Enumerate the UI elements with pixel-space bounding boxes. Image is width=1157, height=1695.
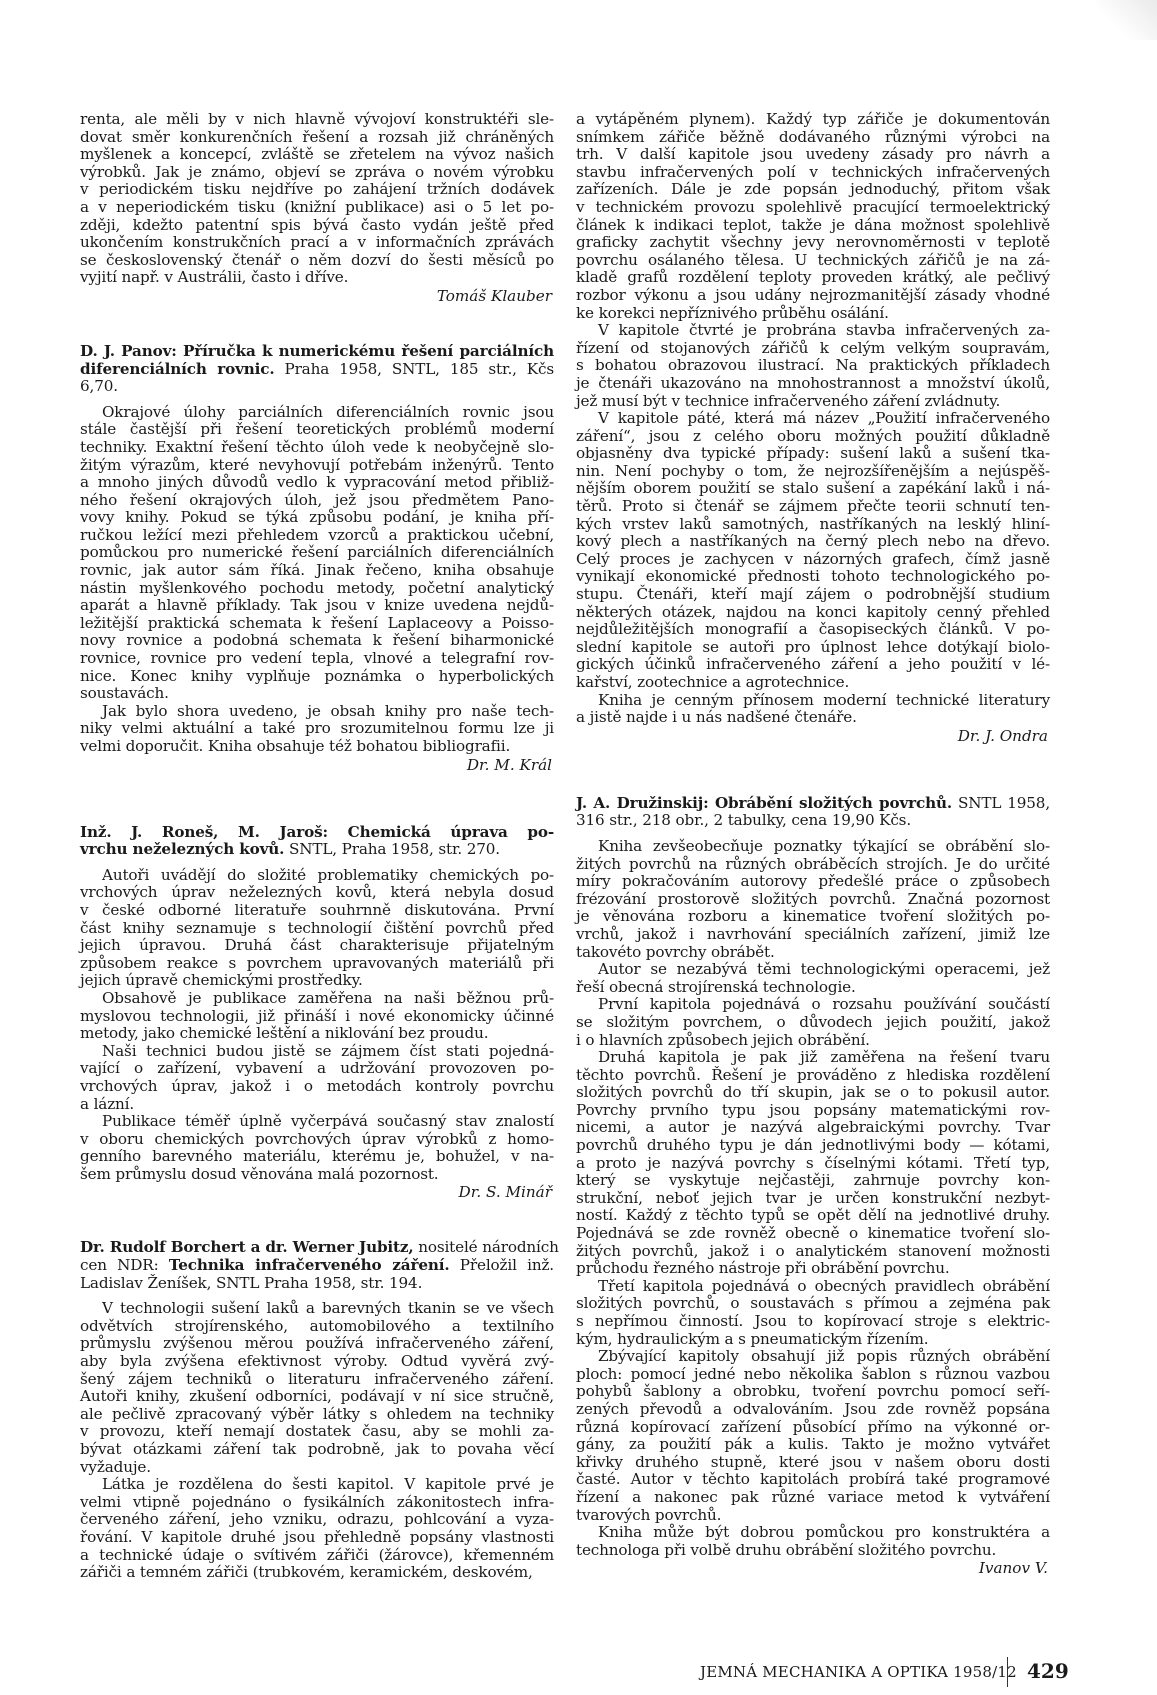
text-line: zených převodů a odvalováním. Jsou zde r… — [576, 1401, 1050, 1419]
spacer — [576, 745, 1050, 795]
left-column: renta, ale měli by v nich hlavně vývojov… — [80, 111, 554, 1582]
heading-bold: D. J. Panov: Příručka k numerickému řeše… — [80, 342, 554, 360]
footer-divider — [1007, 1657, 1008, 1687]
text-line: strukční, neboť jejich tvar je určen kon… — [576, 1190, 1050, 1208]
text-line: křivky druhého stupně, které jsou v naše… — [576, 1454, 1050, 1472]
text-line: vynikají ekonomické přednosti tohoto tec… — [576, 568, 1050, 586]
text-line: nástin myšlenkového pochodu metody, poče… — [80, 580, 554, 598]
page-footer: JEMNÁ MECHANIKA A OPTIKA 1958/12 429 — [700, 1657, 1080, 1689]
text-line: povrchu osálaného tělesa. U technických … — [576, 252, 1050, 270]
text-line: Celý proces je zachycen v názorných graf… — [576, 551, 1050, 569]
text-line: a vytápěném plynem). Každý typ zářiče je… — [576, 111, 1050, 129]
text-line: niky velmi aktuální a také pro srozumite… — [80, 720, 554, 738]
text-line: složitých povrchů, o soustavách s přímou… — [576, 1295, 1050, 1313]
text-line: se československý čtenář o něm dozví do … — [80, 252, 554, 270]
text-line: velmi doporučit. Kniha obsahuje též boha… — [80, 738, 554, 756]
text-line: ručkou ležící mezi přehledem vzorců a pr… — [80, 527, 554, 545]
heading-line: diferenciálních rovnic. Praha 1958, SNTL… — [80, 361, 554, 379]
text-line: V technologii sušení laků a barevných tk… — [80, 1300, 554, 1318]
text-line: Jak bylo shora uvedeno, je obsah knihy p… — [80, 703, 554, 721]
text-line: rovnic, jak autor sám říká. Jinak řečeno… — [80, 562, 554, 580]
text-line: řízení a nakonec pak různé variace metod… — [576, 1489, 1050, 1507]
text-line: Kniha může být dobrou pomůckou pro konst… — [576, 1524, 1050, 1542]
text-line: je čtenáři ukazováno na mnohostrannost a… — [576, 375, 1050, 393]
text-line: se složitým povrchem, o důvodech jejich … — [576, 1014, 1050, 1032]
text-line: gických účinků infračerveného záření a j… — [576, 656, 1050, 674]
text-line: Kniha zevšeobecňuje poznatky týkající se… — [576, 838, 1050, 856]
text-line: který se vyskytuje nejčastěji, zahrnuje … — [576, 1172, 1050, 1190]
text-line: je věnována rozboru a kinematice tvoření… — [576, 908, 1050, 926]
text-line: Pojednává se zde rovněž obecně o kinemat… — [576, 1225, 1050, 1243]
text-line: kový plech a nastříkaných na černý plech… — [576, 533, 1050, 551]
text-line: Látka je rozdělena do šesti kapitol. V k… — [80, 1476, 554, 1494]
text-line: gány, za použití pák a kulis. Takto je m… — [576, 1436, 1050, 1454]
text-line: v periodickém tisku nejdříve po zahájení… — [80, 181, 554, 199]
text-line: Naši technici budou jistě se zájmem číst… — [80, 1043, 554, 1061]
heading-line: 6,70. — [80, 378, 554, 396]
text-line: technologa při volbě druhu obrábění slož… — [576, 1542, 1050, 1560]
text-line: žitých povrchů, jakož i o analytickém st… — [576, 1243, 1050, 1261]
spacer — [80, 774, 554, 824]
text-line: ale pečlivě zpracovaný výběr látky s ohl… — [80, 1406, 554, 1424]
text-line: stupu. Čtenáři, kteří mají zájem o podro… — [576, 586, 1050, 604]
text-line: žitým výrazům, které nevyhovují potřebám… — [80, 457, 554, 475]
text-line: ležitější praktická schemata k řešení La… — [80, 615, 554, 633]
text-line: objasněny dva typické případy: sušení la… — [576, 445, 1050, 463]
reviewer-signature: Ivanov V. — [576, 1559, 1050, 1577]
heading-normal: 6,70. — [80, 377, 118, 395]
heading-line: D. J. Panov: Příručka k numerickému řeše… — [80, 343, 554, 361]
review-heading: Dr. Rudolf Borchert a dr. Werner Jubitz,… — [80, 1239, 554, 1292]
heading-normal: cen NDR: — [80, 1256, 169, 1274]
text-line: graficky zachytit všechny jevy nerovnomě… — [576, 234, 1050, 252]
text-line: řízení od stojanových zářičů k celým vel… — [576, 340, 1050, 358]
heading-bold: J. A. Družinskij: Obrábění složitých pov… — [576, 794, 952, 812]
text-line: Publikace téměř úplně vyčerpává současný… — [80, 1113, 554, 1131]
text-line: míry pokračováním autorovy předešlé prác… — [576, 873, 1050, 891]
text-line: Druhá kapitola je pak již zaměřena na ře… — [576, 1049, 1050, 1067]
text-line: a mnoho jiných důvodů vedlo k vypracován… — [80, 474, 554, 492]
heading-bold: Inž. J. Roneš, M. Jaroš: Chemická úprava… — [80, 823, 554, 841]
text-line: novy rovnice a podobná schemata k řešení… — [80, 632, 554, 650]
text-line: stále častější při řešení teoretických p… — [80, 421, 554, 439]
text-line: Povrchy prvního typu jsou popsány matema… — [576, 1102, 1050, 1120]
text-line: vrchových úprav, jakož i o metodách kont… — [80, 1078, 554, 1096]
text-line: výrobků. Jak je známo, objeví se zpráva … — [80, 164, 554, 182]
text-line: Autor se nezabývá těmi technologickými o… — [576, 961, 1050, 979]
heading-normal: Praha 1958, SNTL, 185 str., Kčs — [275, 360, 555, 378]
heading-line: cen NDR: Technika infračerveného záření.… — [80, 1257, 554, 1275]
text-line: Autoři uvádějí do složité problematiky c… — [80, 867, 554, 885]
text-line: Třetí kapitola pojednává o obecných prav… — [576, 1278, 1050, 1296]
text-line: nin. Není pochyby o tom, že nejrozšířeně… — [576, 463, 1050, 481]
text-line: nice. Konec knihy vyplňuje poznámka o hy… — [80, 668, 554, 686]
text-line: Okrajové úlohy parciálních diferenciální… — [80, 404, 554, 422]
reviewer-signature: Tomáš Klauber — [80, 287, 554, 305]
text-line: techniky. Exaktní řešení těchto úloh ved… — [80, 439, 554, 457]
text-line: šem průmyslu dosud věnována malá pozorno… — [80, 1166, 554, 1184]
text-line: vající o zařízení, vybavení a udržování … — [80, 1060, 554, 1078]
heading-normal: Ladislav Ženíšek, SNTL Praha 1958, str. … — [80, 1274, 422, 1292]
heading-bold: vrchu neželezných kovů. — [80, 840, 284, 858]
text-line: jež musí být v technice infračerveného z… — [576, 393, 1050, 411]
reviewer-signature: Dr. M. Král — [80, 756, 554, 774]
text-line: tvarových povrchů. — [576, 1507, 1050, 1525]
heading-line: Dr. Rudolf Borchert a dr. Werner Jubitz,… — [80, 1239, 554, 1257]
text-line: renta, ale měli by v nich hlavně vývojov… — [80, 111, 554, 129]
journal-name: JEMNÁ MECHANIKA A OPTIKA 1958/12 — [700, 1663, 1017, 1681]
text-line: slední kapitole se autoři pro úplnost le… — [576, 639, 1050, 657]
text-line: některých otázek, najdou na konci kapito… — [576, 604, 1050, 622]
text-line: i o hlavních způsobech jejich obrábění. — [576, 1032, 1050, 1050]
heading-normal: 316 str., 218 obr., 2 tabulky, cena 19,9… — [576, 811, 911, 829]
text-line: jejich úpravě chemickými prostředky. — [80, 972, 554, 990]
text-line: genního barevného materiálu, kterému je,… — [80, 1148, 554, 1166]
text-line: zařízeních. Dále je zde popsán jednoduch… — [576, 181, 1050, 199]
text-line: stavbu infračervených polí v technických… — [576, 164, 1050, 182]
text-line: První kapitola pojednává o rozsahu použí… — [576, 996, 1050, 1014]
text-line: ke korekci nepříznivého průběhu osálání. — [576, 305, 1050, 323]
text-line: myšlenek a koncepcí, zvláště se zřetelem… — [80, 146, 554, 164]
text-line: kých vrstev laků samotných, nastříkaných… — [576, 516, 1050, 534]
text-line: část knihy seznamuje s technologií čiště… — [80, 920, 554, 938]
text-line: jejich úpravou. Druhá část charakterisuj… — [80, 937, 554, 955]
heading-normal: SNTL, Praha 1958, str. 270. — [284, 840, 500, 858]
text-line: zději, kdežto patentní spis bývá často v… — [80, 217, 554, 235]
text-line: ploch: pomocí jedné nebo několika šablon… — [576, 1366, 1050, 1384]
text-line: nějším oborem použití se stalo sušení a … — [576, 480, 1050, 498]
text-line: těchto povrchů. Řešení je prováděno z hl… — [576, 1067, 1050, 1085]
text-line: aparát a hlavně příklady. Tak jsou v kni… — [80, 597, 554, 615]
text-line: průchodu řezného nástroje při obrábění p… — [576, 1260, 1050, 1278]
text-line: vrchových úprav neželezných kovů, která … — [80, 884, 554, 902]
text-line: rovnice, rovnice pro vedení tepla, vlnov… — [80, 650, 554, 668]
text-line: rozbor výkonu a jsou udány nejrozmanitěj… — [576, 287, 1050, 305]
text-line: velmi vtipně pojednáno o fysikálních zák… — [80, 1494, 554, 1512]
text-line: ného řešení okrajových úloh, jež jsou př… — [80, 492, 554, 510]
heading-bold: diferenciálních rovnic. — [80, 360, 275, 378]
text-line: odvětvích strojírenského, automobilového… — [80, 1318, 554, 1336]
text-line: kým, hydraulickým a s pneumatickým řízen… — [576, 1331, 1050, 1349]
text-line: bývat otázkami záření tak podrobně, jak … — [80, 1441, 554, 1459]
text-line: článek k indikaci teplot, takže je dána … — [576, 217, 1050, 235]
page-number: 429 — [1027, 1659, 1069, 1683]
reviewer-signature: Dr. S. Minář — [80, 1183, 554, 1201]
text-line: pohybů šablony a obrobku, tvoření povrch… — [576, 1383, 1050, 1401]
text-line: a lázní. — [80, 1096, 554, 1114]
text-line: průmyslu zvýšenou měrou používá infračer… — [80, 1335, 554, 1353]
text-line: v provozu, kteří nemají dostatek času, a… — [80, 1423, 554, 1441]
text-line: v oboru chemických povrchových úprav výr… — [80, 1131, 554, 1149]
text-line: s bohatou obrazovou ilustrací. Na prakti… — [576, 357, 1050, 375]
text-line: ností. Každý z těchto typů se opět dělí … — [576, 1207, 1050, 1225]
heading-bold: Technika infračerveného záření. — [169, 1256, 450, 1274]
review-heading: Inž. J. Roneš, M. Jaroš: Chemická úprava… — [80, 824, 554, 859]
heading-normal: Přeložil inž. — [449, 1256, 554, 1274]
text-line: takovéto povrchy obrábět. — [576, 944, 1050, 962]
text-line: Zbývající kapitoly obsahují již popis rů… — [576, 1348, 1050, 1366]
page-corner-shadow — [1097, 0, 1157, 40]
text-line: nejdůležitějších monografií a časopiseck… — [576, 621, 1050, 639]
text-line: vrchů, jakož i navrhování speciálních za… — [576, 926, 1050, 944]
text-line: vyjití např. v Austrálii, často i dříve. — [80, 269, 554, 287]
text-line: v technickém provozu spolehlivě pracujíc… — [576, 199, 1050, 217]
text-line: zářiči a temném zářiči (trubkovém, keram… — [80, 1564, 554, 1582]
text-line: povrchů druhého typu je dán jednotlivými… — [576, 1137, 1050, 1155]
text-line: složitých povrchů do tří skupin, jak se … — [576, 1084, 1050, 1102]
text-line: časté. Autor v těchto kapitolách probírá… — [576, 1471, 1050, 1489]
text-line: ukončením konstrukčních prací a v inform… — [80, 234, 554, 252]
text-line: a proto je nazývá povrchy s číselnými kó… — [576, 1155, 1050, 1173]
text-line: červeného záření, jeho vzniku, odrazu, p… — [80, 1511, 554, 1529]
spacer — [80, 305, 554, 343]
text-line: v české odborné literatuře souhrnně disk… — [80, 902, 554, 920]
heading-normal: nositelé národních — [414, 1238, 559, 1256]
text-line: nicemi, a autor je nazývá algebraickými … — [576, 1119, 1050, 1137]
text-line: a v neperiodickém tisku (knižní publikac… — [80, 199, 554, 217]
text-line: trh. V další kapitole jsou uvedeny zásad… — [576, 146, 1050, 164]
text-line: soustavách. — [80, 685, 554, 703]
text-line: dovat směr konkurenčních řešení a rozsah… — [80, 129, 554, 147]
text-line: frézování prostorově složitých povrchů. … — [576, 891, 1050, 909]
text-line: Obsahově je publikace zaměřena na naši b… — [80, 990, 554, 1008]
text-line: těrů. Proto si čtenář se zájmem přečte t… — [576, 498, 1050, 516]
text-line: záření“, jsou z celého oboru možných pou… — [576, 428, 1050, 446]
text-line: žitých povrchů na různých obráběcích str… — [576, 856, 1050, 874]
review-heading: D. J. Panov: Příručka k numerickému řeše… — [80, 343, 554, 396]
text-line: aby byla zvýšena efektivnost výroby. Odt… — [80, 1353, 554, 1371]
heading-line: vrchu neželezných kovů. SNTL, Praha 1958… — [80, 841, 554, 859]
text-line: a technické údaje o svítivém zářiči (žár… — [80, 1547, 554, 1565]
heading-line: J. A. Družinskij: Obrábění složitých pov… — [576, 795, 1050, 813]
text-line: Kniha je cenným přínosem moderní technic… — [576, 692, 1050, 710]
text-line: a jistě najde i u nás nadšené čtenáře. — [576, 709, 1050, 727]
text-line: řeší obecná strojírenská technologie. — [576, 979, 1050, 997]
text-line: vyžaduje. — [80, 1459, 554, 1477]
text-line: šený zájem techniků o literaturu infrače… — [80, 1371, 554, 1389]
text-line: s nepřímou činností. Jsou to kopírovací … — [576, 1313, 1050, 1331]
text-line: různá kopírovací zařízení působící přímo… — [576, 1419, 1050, 1437]
text-line: metody, jako chemické leštění a niklován… — [80, 1025, 554, 1043]
heading-normal: SNTL 1958, — [952, 794, 1050, 812]
reviewer-signature: Dr. J. Ondra — [576, 727, 1050, 745]
text-line: myslovou technologii, již přináší i nové… — [80, 1008, 554, 1026]
text-line: Autoři knihy, zkušení odborníci, podávaj… — [80, 1388, 554, 1406]
right-column: a vytápěném plynem). Každý typ zářiče je… — [576, 111, 1050, 1577]
text-line: snímkem zářiče běžně dodávaného různými … — [576, 129, 1050, 147]
heading-line: Ladislav Ženíšek, SNTL Praha 1958, str. … — [80, 1275, 554, 1293]
spacer — [80, 1201, 554, 1239]
text-line: kladě grafů rozdělení teploty proveden k… — [576, 269, 1050, 287]
text-line: vovy knihy. Pokud se týká způsobu podání… — [80, 509, 554, 527]
heading-line: Inž. J. Roneš, M. Jaroš: Chemická úprava… — [80, 824, 554, 842]
text-line: způsobem reakce s povrchem upravovaných … — [80, 955, 554, 973]
text-line: pomůckou pro numerické řešení parciálníc… — [80, 544, 554, 562]
text-line: V kapitole páté, která má název „Použití… — [576, 410, 1050, 428]
text-line: V kapitole čtvrté je probrána stavba inf… — [576, 322, 1050, 340]
review-heading: J. A. Družinskij: Obrábění složitých pov… — [576, 795, 1050, 830]
heading-bold: Dr. Rudolf Borchert a dr. Werner Jubitz, — [80, 1238, 414, 1256]
text-line: řování. V kapitole druhé jsou přehledně … — [80, 1529, 554, 1547]
text-line: kařství, zootechnice a agrotechnice. — [576, 674, 1050, 692]
heading-line: 316 str., 218 obr., 2 tabulky, cena 19,9… — [576, 812, 1050, 830]
